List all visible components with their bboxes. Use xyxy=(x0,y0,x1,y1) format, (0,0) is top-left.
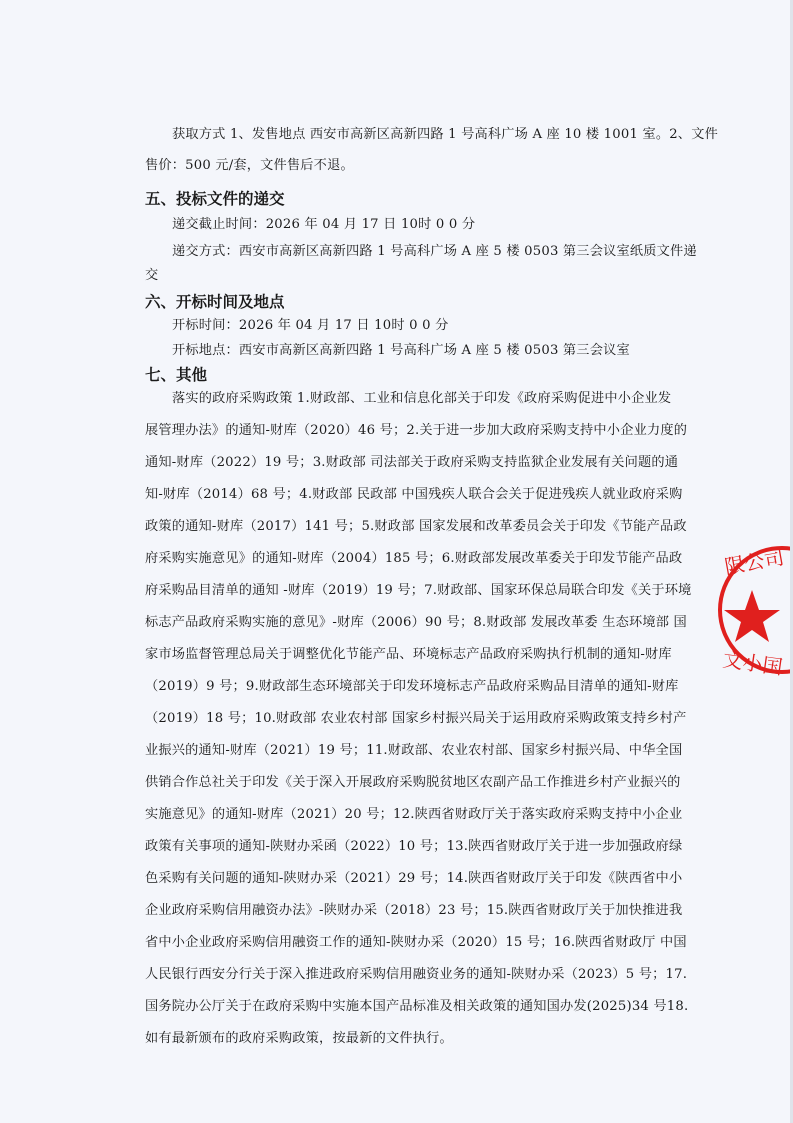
policy-line: 色采购有关问题的通知-陕财办采（2021）29 号；14.陕西省财政厅关于印发《… xyxy=(145,871,682,887)
svg-text:文小国: 文小国 xyxy=(721,647,784,679)
policy-line: 政策有关事项的通知-陕财办采函（2022）10 号；13.陕西省财政厅关于进一步… xyxy=(145,839,682,855)
svg-text:限公司: 限公司 xyxy=(723,545,786,579)
document-page: 获取方式 1、发售地点 西安市高新区高新四路 1 号高科广场 A 座 10 楼 … xyxy=(0,0,793,1123)
section-5-heading: 五、投标文件的递交 xyxy=(145,187,285,209)
policy-line: （2019）9 号；9.财政部生态环境部关于印发环境标志产品政府采购品目清单的通… xyxy=(145,679,679,695)
star-icon xyxy=(724,590,780,642)
bid-opening-time: 开标时间：2026 年 04 月 17 日 10时 0 0 分 xyxy=(172,318,449,334)
policy-line: 家市场监督管理总局关于调整优化节能产品、环境标志产品政府采购执行机制的通知-财库 xyxy=(145,647,672,663)
policy-line: 落实的政府采购政策 1.财政部、工业和信息化部关于印发《政府采购促进中小企业发 xyxy=(172,391,671,407)
acquisition-method-line1: 获取方式 1、发售地点 西安市高新区高新四路 1 号高科广场 A 座 10 楼 … xyxy=(172,127,718,143)
policy-line: 展管理办法》的通知-财库（2020）46 号；2.关于进一步加大政府采购支持中小… xyxy=(145,423,687,439)
submission-method-line2: 交 xyxy=(145,268,158,284)
policy-line: 企业政府采购信用融资办法》-陕财办采（2018）23 号；15.陕西省财政厅关于… xyxy=(145,903,682,919)
policy-line: 省中小企业政府采购信用融资工作的通知-陕财办采（2020）15 号；16.陕西省… xyxy=(145,935,687,951)
policy-line: （2019）18 号；10.财政部 农业农村部 国家乡村振兴局关于运用政府采购政… xyxy=(145,711,686,727)
policy-line: 实施意见》的通知-财库（2021）20 号；12.陕西省财政厅关于落实政府采购支… xyxy=(145,807,682,823)
section-7-heading: 七、其他 xyxy=(145,363,207,385)
submission-method-line1: 递交方式：西安市高新区高新四路 1 号高科广场 A 座 5 楼 0503 第三会… xyxy=(172,244,697,260)
acquisition-method-line2: 售价：500 元/套，文件售后不退。 xyxy=(145,158,354,174)
policy-line: 知-财库（2014）68 号；4.财政部 民政部 中国残疾人联合会关于促进残疾人… xyxy=(145,487,683,503)
policy-line: 标志产品政府采购实施的意见》-财库（2006）90 号；8.财政部 发展改革委 … xyxy=(145,615,687,631)
policy-line: 人民银行西安分行关于深入推进政府采购信用融资业务的通知-陕财办采（2023）5 … xyxy=(145,967,687,983)
submission-deadline: 递交截止时间：2026 年 04 月 17 日 10时 0 0 分 xyxy=(172,217,475,233)
policy-line: 政策的通知-财库（2017）141 号；5.财政部 国家发展和改革委员会关于印发… xyxy=(145,519,687,535)
policy-line: 府采购实施意见》的通知-财库（2004）185 号；6.财政部发展改革委关于印发… xyxy=(145,551,682,567)
policy-line: 如有最新颁布的政府采购政策，按最新的文件执行。 xyxy=(145,1031,453,1047)
policy-line: 通知-财库（2022）19 号；3.财政部 司法部关于政府采购支持监狱企业发展有… xyxy=(145,455,678,471)
company-seal-stamp: 限公司 文小国 xyxy=(712,540,793,680)
policy-line: 业振兴的通知-财库（2021）19 号；11.财政部、农业农村部、国家乡村振兴局… xyxy=(145,743,682,759)
section-6-heading: 六、开标时间及地点 xyxy=(145,290,285,312)
policy-line: 国务院办公厅关于在政府采购中实施本国产品标准及相关政策的通知国办发(2025)3… xyxy=(145,999,688,1015)
policy-line: 府采购品目清单的通知 -财库（2019）19 号；7.财政部、国家环保总局联合印… xyxy=(145,583,692,599)
policy-line: 供销合作总社关于印发《关于深入开展政府采购脱贫地区农副产品工作推进乡村产业振兴的 xyxy=(145,775,681,791)
bid-opening-place: 开标地点：西安市高新区高新四路 1 号高科广场 A 座 5 楼 0503 第三会… xyxy=(172,343,630,359)
